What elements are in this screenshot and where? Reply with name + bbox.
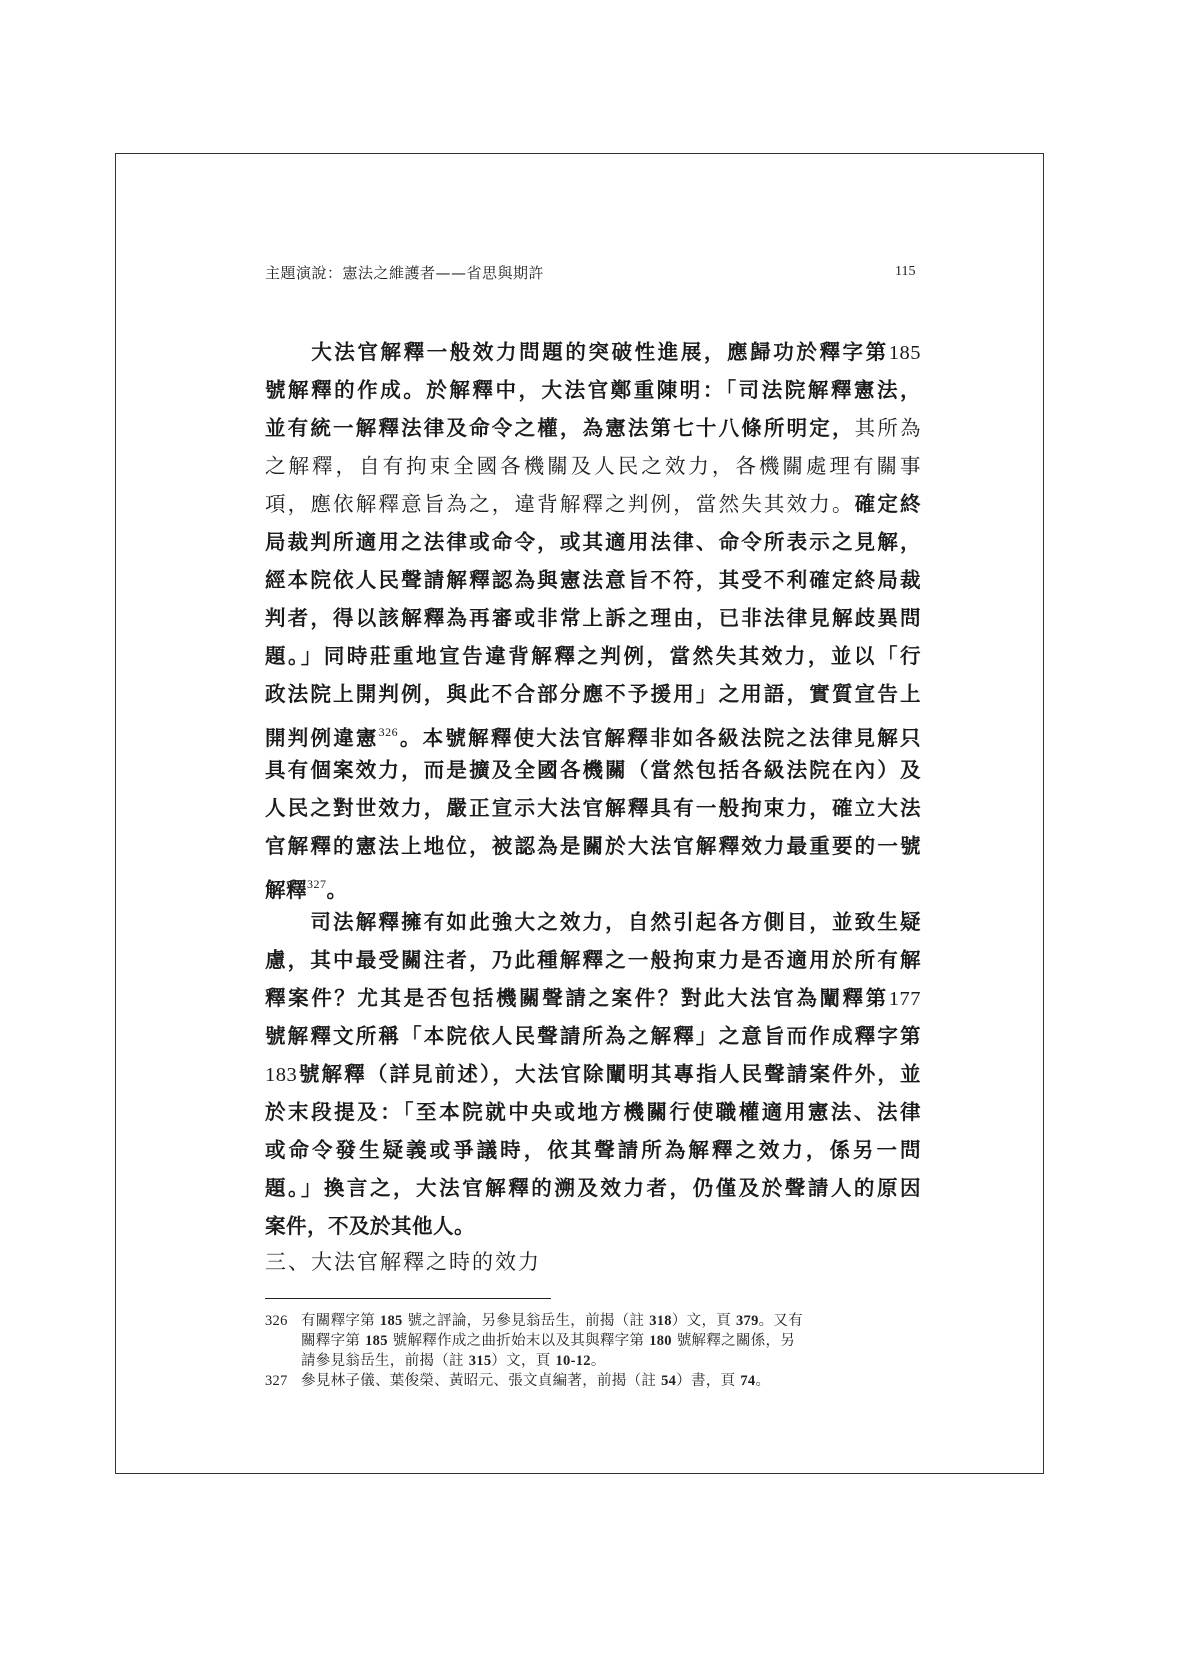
text-line: 官解釋的憲法上地位，被認為是關於大法官解釋效力最重要的一號 — [265, 832, 921, 860]
text-line: 號解釋的作成。於解釋中，大法官鄭重陳明：「司法院解釋憲法， — [265, 376, 921, 404]
text-line: 大法官解釋一般效力問題的突破性進展，應歸功於釋字第185 — [265, 338, 921, 367]
footnote-ref-327[interactable]: 327 — [307, 877, 327, 891]
footnote-ref-326[interactable]: 326 — [379, 725, 399, 739]
text-line: 或命令發生疑義或爭議時，依其聲請所為解釋之效力，係另一問 — [265, 1136, 921, 1164]
text-line: 題。」同時莊重地宣告違背解釋之判例，當然失其效力，並以「行 — [265, 642, 921, 670]
text-line: 183號解釋（詳見前述），大法官除闡明其專指人民聲請案件外，並 — [265, 1060, 921, 1089]
footnote-326-line-3: 請參見翁岳生，前揭（註 315）文，頁 10-12。 — [301, 1352, 961, 1370]
text-line: 之解釋，自有拘束全國各機關及人民之效力，各機關處理有關事 — [265, 452, 921, 480]
text-line: 案件，不及於其他人。 — [265, 1212, 921, 1240]
footnote-divider — [265, 1298, 551, 1299]
text-line: 人民之對世效力，嚴正宣示大法官解釋具有一般拘束力，確立大法 — [265, 794, 921, 822]
text-line: 具有個案效力，而是擴及全國各機關（當然包括各級法院在內）及 — [265, 756, 921, 784]
text-line: 司法解釋擁有如此強大之效力，自然引起各方側目，並致生疑 — [265, 908, 921, 936]
section-heading: 三、大法官解釋之時的效力 — [265, 1246, 541, 1276]
text-line: 題。」換言之，大法官解釋的溯及效力者，仍僅及於聲請人的原因 — [265, 1174, 921, 1202]
text-line: 並有統一解釋法律及命令之權，為憲法第七十八條所明定，其所為 — [265, 414, 921, 442]
text-line: 慮，其中最受關注者，乃此種解釋之一般拘束力是否適用於所有解 — [265, 946, 921, 974]
text-line: 項，應依解釋意旨為之，違背解釋之判例，當然失其效力。確定終 — [265, 490, 921, 518]
text-line: 經本院依人民聲請解釋認為與憲法意旨不符，其受不利確定終局裁 — [265, 566, 921, 594]
text-line: 局裁判所適用之法律或命令，或其適用法律、命令所表示之見解， — [265, 528, 921, 556]
text-line: 政法院上開判例，與此不合部分應不予援用」之用語，實質宣告上 — [265, 680, 921, 708]
running-title: 主題演說：憲法之維護者——省思與期許 — [265, 262, 544, 283]
text-line: 解釋327。 — [265, 870, 921, 904]
footnote-326-line-2: 關釋字第 185 號解釋作成之曲折始末以及其與釋字第 180 號解釋之關係，另 — [301, 1332, 961, 1350]
text-line: 釋案件？尤其是否包括機關聲請之案件？對此大法官為闡釋第177 — [265, 984, 921, 1013]
footnote-326: 326有關釋字第 185 號之評論，另參見翁岳生，前揭（註 318）文，頁 37… — [265, 1312, 925, 1330]
text-line: 開判例違憲326。本號解釋使大法官解釋非如各級法院之法律見解只 — [265, 718, 921, 752]
text-line: 於末段提及：「至本院就中央或地方機關行使職權適用憲法、法律 — [265, 1098, 921, 1126]
text-line: 號解釋文所稱「本院依人民聲請所為之解釋」之意旨而作成釋字第 — [265, 1022, 921, 1050]
text-line: 判者，得以該解釋為再審或非常上訴之理由，已非法律見解歧異問 — [265, 604, 921, 632]
page-number: 115 — [895, 264, 915, 280]
footnote-327: 327參見林子儀、葉俊榮、黃昭元、張文貞編著，前揭（註 54）書，頁 74。 — [265, 1372, 925, 1390]
